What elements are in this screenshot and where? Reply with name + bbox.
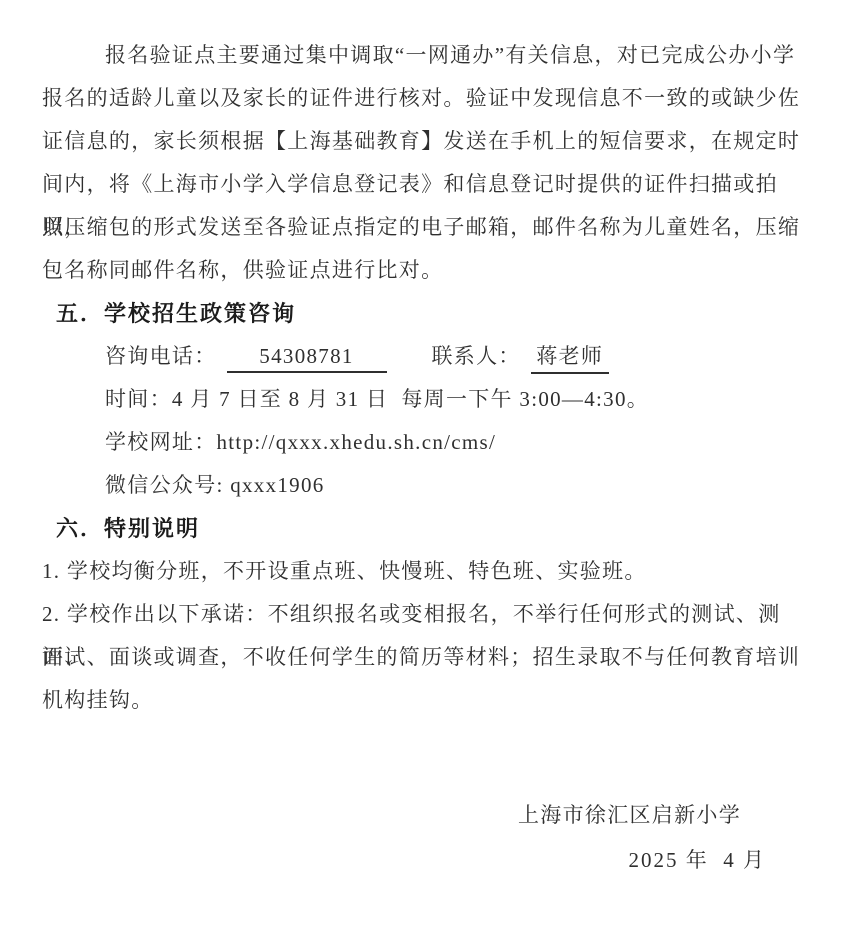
section5-heading: 五．学校招生政策咨询	[42, 292, 803, 335]
intro-line-6: 包名称同邮件名称，供验证点进行比对。	[42, 249, 803, 292]
special-note-2-line-1: 2. 学校作出以下承诺：不组织报名或变相报名，不举行任何形式的测试、测评、	[42, 593, 803, 636]
section6-heading: 六．特别说明	[42, 507, 803, 550]
website-label: 学校网址：	[105, 430, 217, 454]
intro-line-5: 以压缩包的形式发送至各验证点指定的电子邮箱，邮件名称为儿童姓名，压缩	[42, 206, 803, 249]
phone-label: 咨询电话：	[105, 344, 217, 368]
signature-date: 2025 年 4 月	[42, 838, 803, 883]
consult-contact-line: 咨询电话：54308781联系人：蒋老师	[42, 335, 803, 378]
special-note-2-line-3: 机构挂钩。	[42, 679, 803, 722]
contact-value: 蒋老师	[531, 340, 609, 374]
website-url: http://qxxx.xhedu.sh.cn/cms/	[217, 430, 497, 454]
intro-line-2: 报名的适龄儿童以及家长的证件进行核对。验证中发现信息不一致的或缺少佐	[42, 77, 803, 120]
consult-time-line: 时间：4 月 7 日至 8 月 31 日 每周一下午 3:00—4:30。	[42, 378, 803, 421]
document-page: 报名验证点主要通过集中调取“一网通办”有关信息，对已完成公办小学 报名的适龄儿童…	[0, 0, 845, 946]
contact-label: 联系人：	[432, 344, 521, 368]
phone-value: 54308781	[227, 344, 387, 373]
website-line: 学校网址：http://qxxx.xhedu.sh.cn/cms/	[42, 421, 803, 464]
intro-line-4: 间内，将《上海市小学入学信息登记表》和信息登记时提供的证件扫描或拍照，	[42, 163, 803, 206]
special-note-2-line-2: 面试、面谈或调查，不收任何学生的简历等材料；招生录取不与任何教育培训	[42, 636, 803, 679]
intro-line-3: 证信息的，家长须根据【上海基础教育】发送在手机上的短信要求，在规定时	[42, 120, 803, 163]
special-note-1: 1. 学校均衡分班，不开设重点班、快慢班、特色班、实验班。	[42, 550, 803, 593]
intro-line-1: 报名验证点主要通过集中调取“一网通办”有关信息，对已完成公办小学	[42, 34, 803, 77]
wechat-line: 微信公众号: qxxx1906	[42, 464, 803, 507]
wechat-id: qxxx1906	[230, 473, 324, 497]
wechat-label: 微信公众号:	[105, 473, 230, 497]
signature-school: 上海市徐汇区启新小学	[42, 793, 803, 838]
